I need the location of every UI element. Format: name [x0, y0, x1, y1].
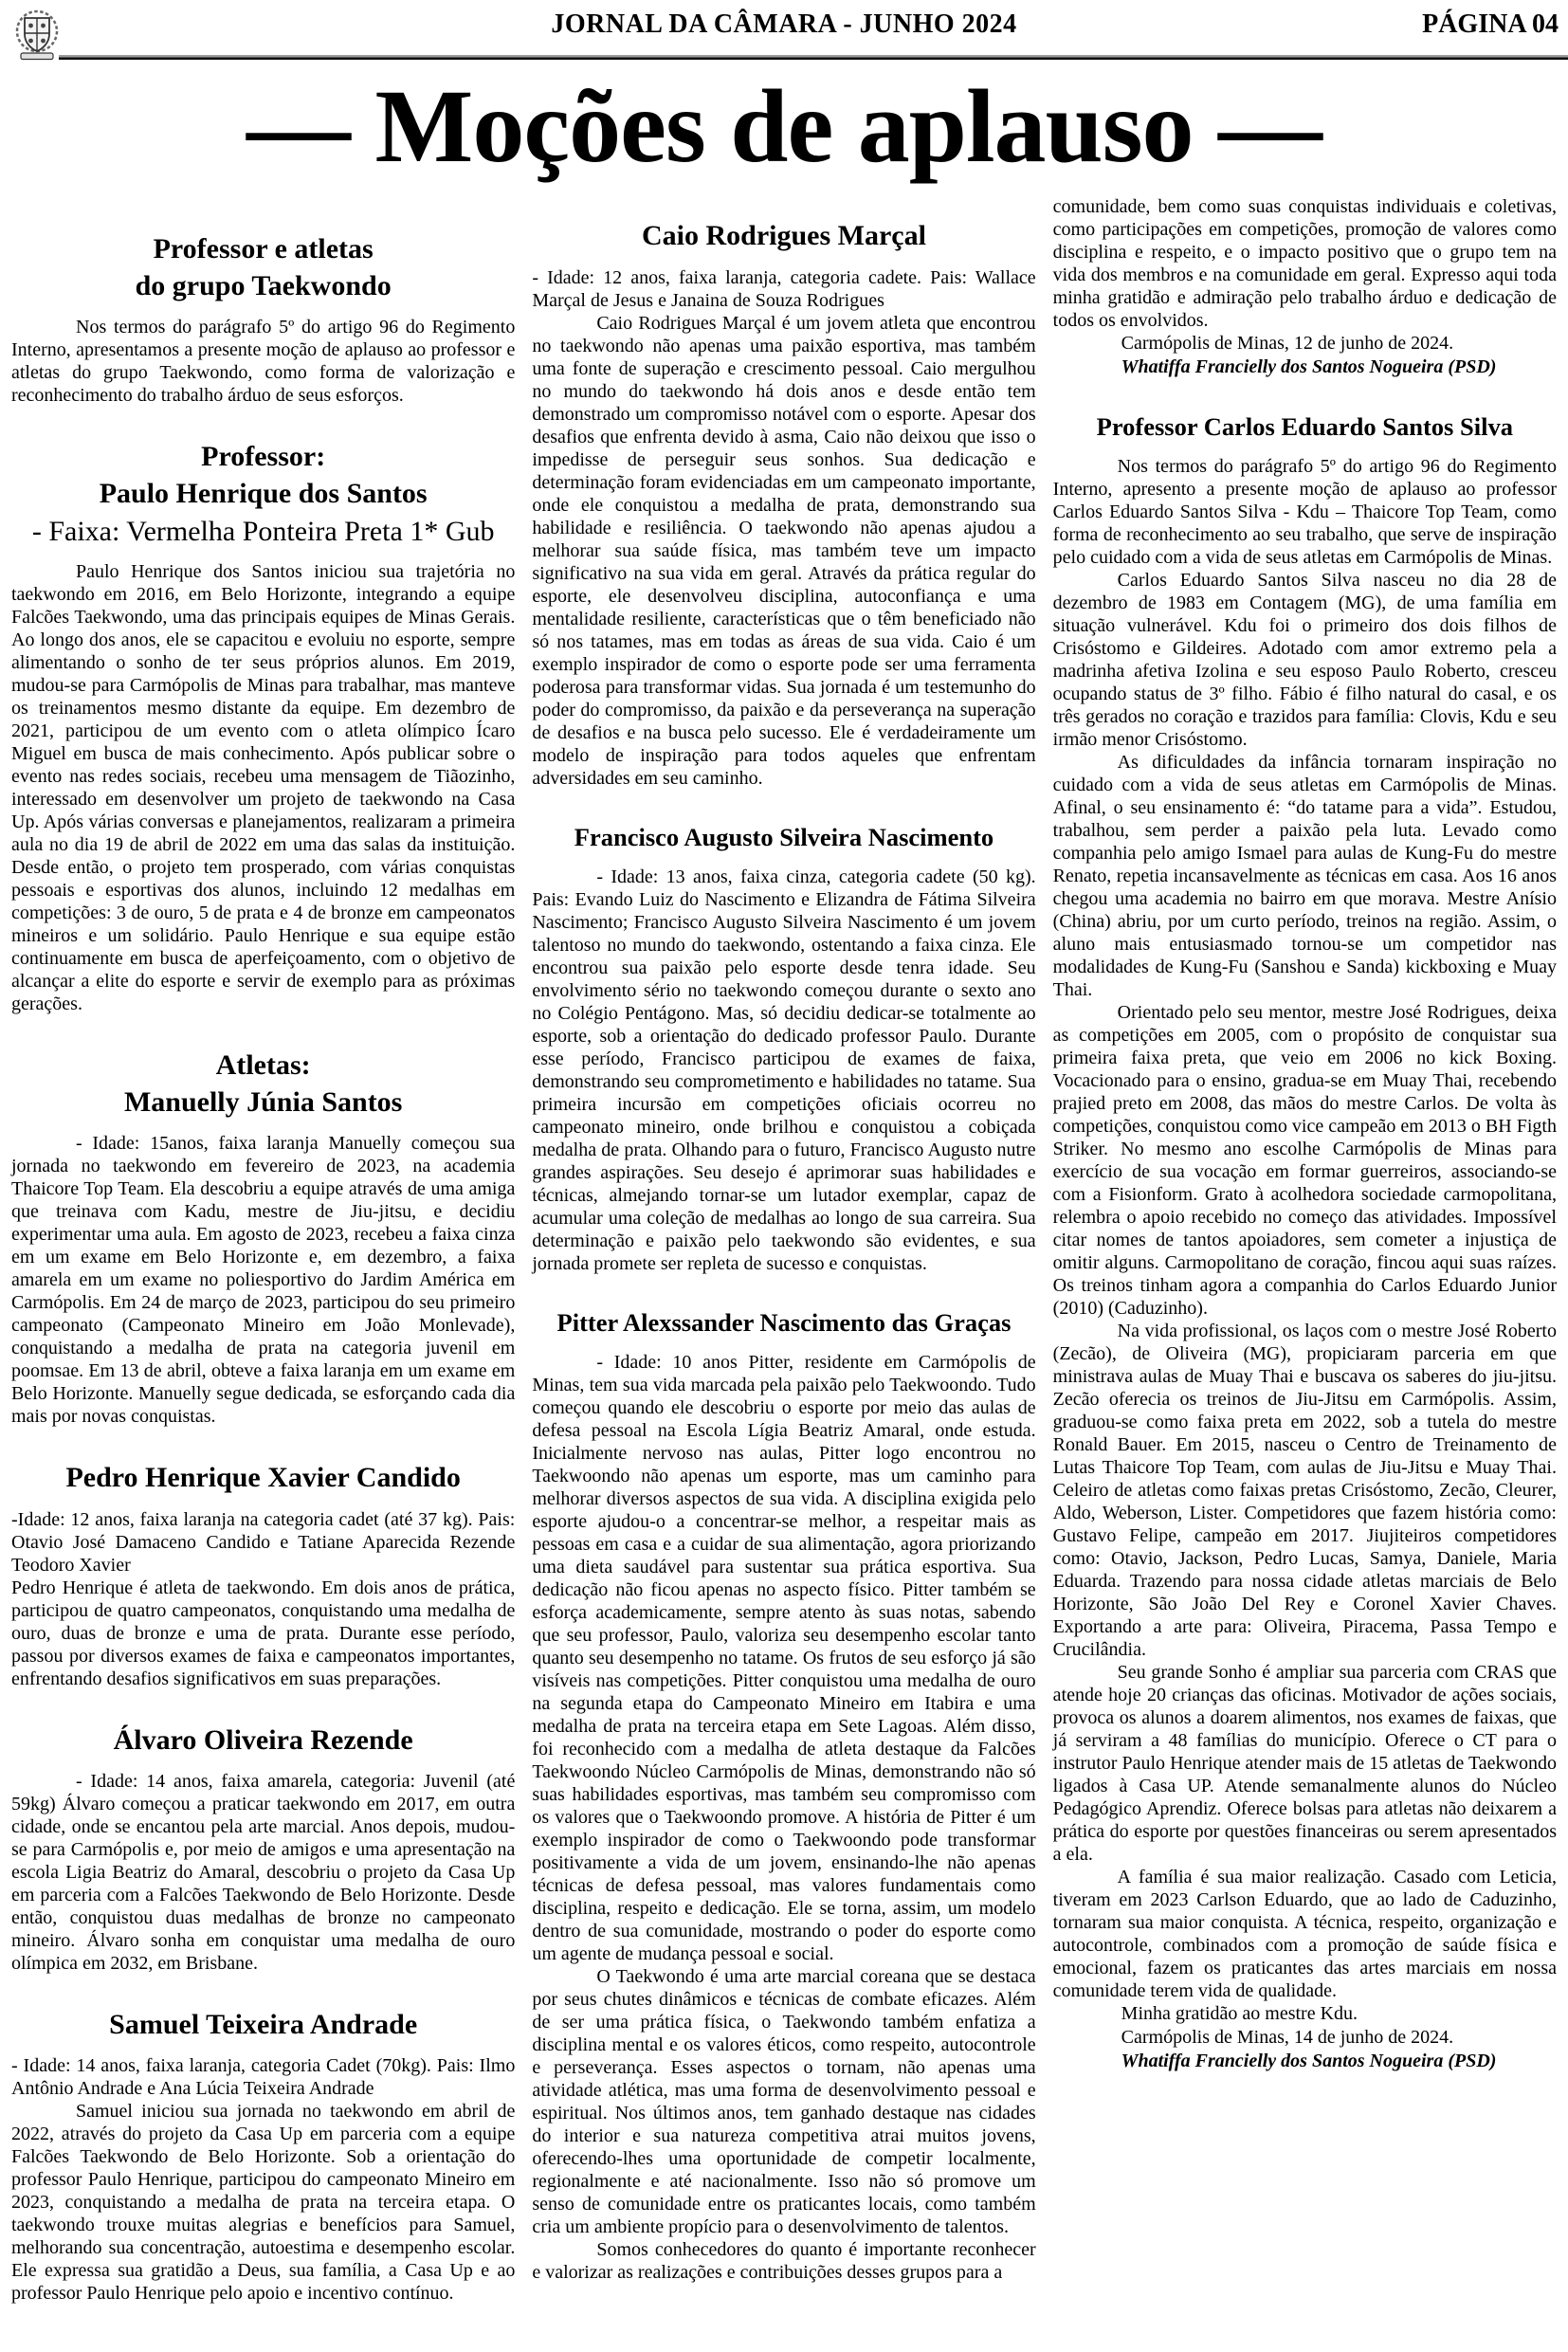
heading-francisco-augusto: Francisco Augusto Silveira Nascimento — [532, 822, 1035, 854]
article-columns: Professor e atletas do grupo Taekwondo N… — [0, 195, 1568, 2333]
heading-pedro-henrique: Pedro Henrique Xavier Candido — [11, 1460, 515, 1496]
paragraph: - Idade: 15anos, faixa laranja Manuelly … — [11, 1132, 515, 1428]
paragraph: - Idade: 14 anos, faixa laranja, categor… — [11, 2054, 515, 2100]
paragraph: - Idade: 12 anos, faixa laranja, categor… — [532, 266, 1035, 312]
paragraph: Na vida profissional, os laços com o mes… — [1053, 1320, 1557, 1661]
heading-alvaro-oliveira: Álvaro Oliveira Rezende — [11, 1723, 515, 1759]
column-2: Caio Rodrigues Marçal - Idade: 12 anos, … — [532, 195, 1035, 2283]
paragraph: comunidade, bem como suas conquistas ind… — [1053, 195, 1557, 332]
paragraph: Carlos Eduardo Santos Silva nasceu no di… — [1053, 569, 1557, 751]
paragraph: Somos conhecedores do quanto é important… — [532, 2238, 1035, 2284]
heading-professor-paulo-henrique: Professor: Paulo Henrique dos Santos — [11, 439, 515, 512]
page-headline: — Moções de aplauso — — [0, 72, 1568, 180]
paragraph: Samuel iniciou sua jornada no taekwondo … — [11, 2100, 515, 2305]
column-1: Professor e atletas do grupo Taekwondo N… — [11, 195, 515, 2305]
paragraph: Nos termos do parágrafo 5º do artigo 96 … — [1053, 455, 1557, 569]
paragraph: Paulo Henrique dos Santos iniciou sua tr… — [11, 560, 515, 1015]
paragraph: Orientado pelo seu mentor, mestre José R… — [1053, 1001, 1557, 1320]
heading-samuel-teixeira: Samuel Teixeira Andrade — [11, 2007, 515, 2043]
signature-date: Carmópolis de Minas, 14 de junho de 2024… — [1053, 2026, 1557, 2050]
page-number-label: PÁGINA 04 — [1422, 9, 1559, 40]
signature-author: Whatiffa Francielly dos Santos Nogueira … — [1053, 356, 1557, 379]
paragraph: - Idade: 10 anos Pitter, residente em Ca… — [532, 1351, 1035, 1965]
masthead-divider — [59, 55, 1568, 60]
signature-gratitude: Minha gratidão ao mestre Kdu. — [1053, 2002, 1557, 2026]
paragraph: - Idade: 13 anos, faixa cinza, categoria… — [532, 866, 1035, 1275]
paragraph: Nos termos do parágrafo 5º do artigo 96 … — [11, 316, 515, 407]
signature-author: Whatiffa Francielly dos Santos Nogueira … — [1053, 2050, 1557, 2073]
heading-caio-rodrigues: Caio Rodrigues Marçal — [532, 218, 1035, 254]
subheading-faixa: - Faixa: Vermelha Ponteira Preta 1* Gub — [11, 514, 515, 550]
paragraph: -Idade: 12 anos, faixa laranja na catego… — [11, 1508, 515, 1577]
paragraph: O Taekwondo é uma arte marcial coreana q… — [532, 1965, 1035, 2238]
heading-atletas-manuelly: Atletas: Manuelly Júnia Santos — [11, 1048, 515, 1121]
paragraph: As dificuldades da infância tornaram ins… — [1053, 751, 1557, 1001]
column-3: comunidade, bem como suas conquistas ind… — [1053, 195, 1557, 2075]
section-heading-taekwondo-group: Professor e atletas do grupo Taekwondo — [11, 231, 515, 304]
signature-date: Carmópolis de Minas, 12 de junho de 2024… — [1053, 332, 1557, 356]
heading-professor-carlos-eduardo: Professor Carlos Eduardo Santos Silva — [1053, 411, 1557, 444]
paragraph: A família é sua maior realização. Casado… — [1053, 1866, 1557, 2002]
journal-title: JORNAL DA CÂMARA - JUNHO 2024 — [0, 9, 1568, 40]
masthead: JORNAL DA CÂMARA - JUNHO 2024 PÁGINA 04 — [0, 0, 1568, 66]
paragraph: Pedro Henrique é atleta de taekwondo. Em… — [11, 1577, 515, 1690]
heading-pitter-alexssander: Pitter Alexssander Nascimento das Graças — [532, 1307, 1035, 1340]
paragraph: - Idade: 14 anos, faixa amarela, categor… — [11, 1770, 515, 1975]
newspaper-page: JORNAL DA CÂMARA - JUNHO 2024 PÁGINA 04 … — [0, 0, 1568, 2352]
paragraph: Seu grande Sonho é ampliar sua parceria … — [1053, 1661, 1557, 1866]
paragraph: Caio Rodrigues Marçal é um jovem atleta … — [532, 312, 1035, 790]
